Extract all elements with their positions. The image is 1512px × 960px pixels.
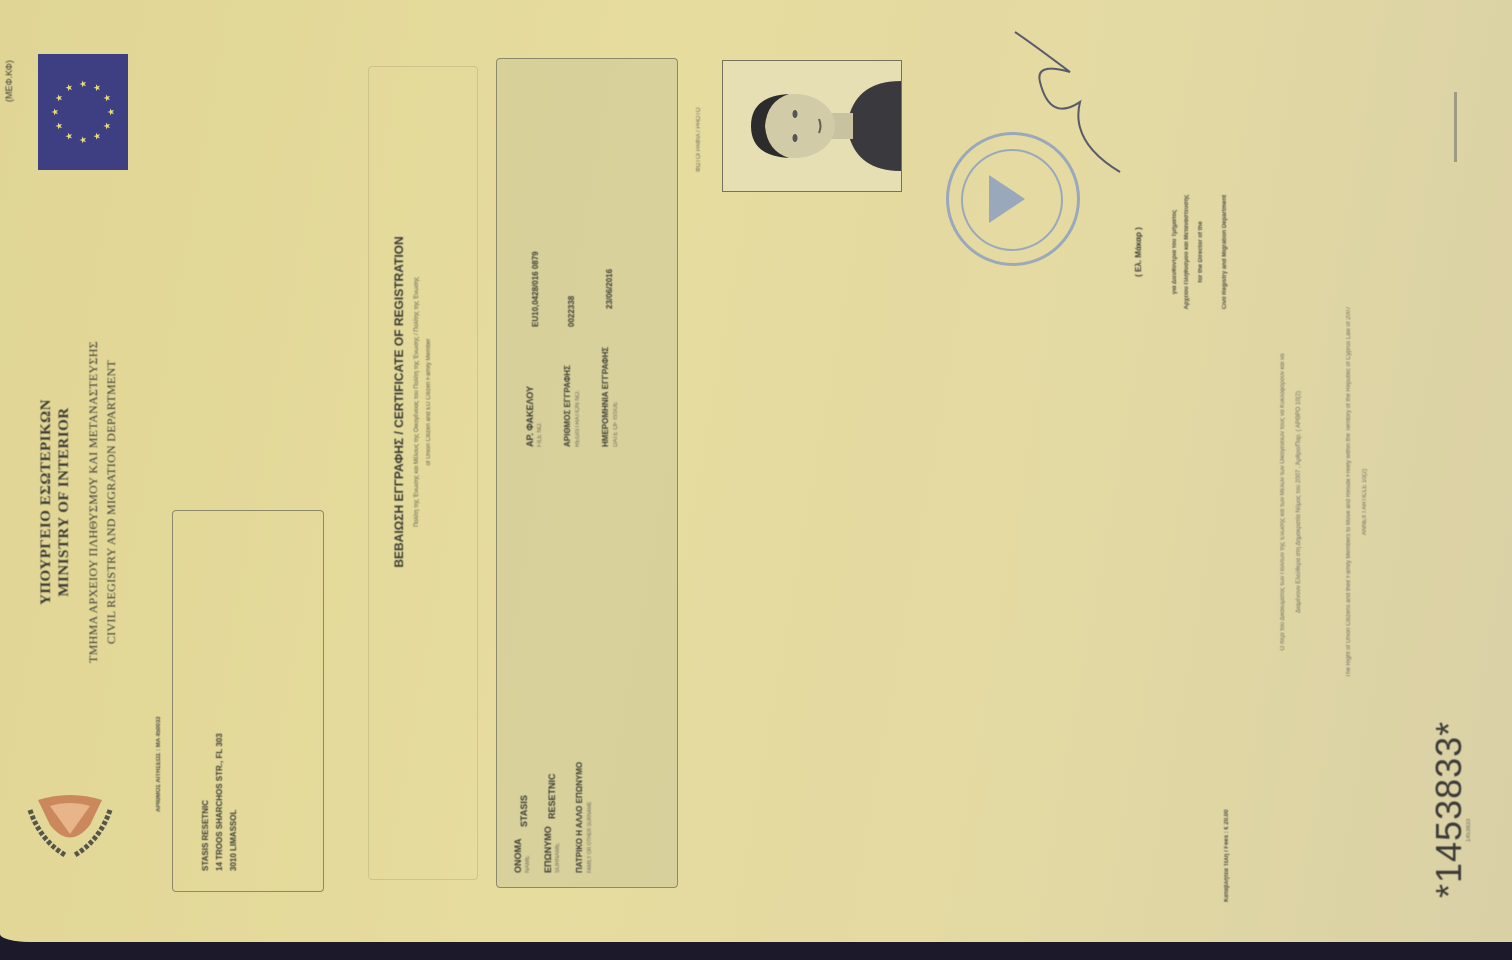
photo-label: ΦΩΤΟΓΡΑΦΙΑ / PHOTO	[696, 107, 702, 172]
certificate-subtitle-2: of Union Citizen and EU Citizen Family M…	[426, 132, 432, 672]
eu-flag-icon: ★★★★★★★★★★★★	[38, 54, 128, 170]
eu-star-icon: ★	[79, 136, 88, 144]
address-line-2: 14 TROOS SHARCHOS STR., FL 303	[215, 733, 224, 871]
department-en: CIVIL REGISTRY AND MIGRATION DEPARTMENT	[104, 222, 119, 782]
fee-text: Καταβλητέα Τέλη / Fees : € 20.00	[1224, 810, 1230, 902]
issue-date-value: 23/06/2016	[605, 269, 614, 309]
corner-mark	[1454, 92, 1457, 162]
serial-subnumber: 1453833	[1466, 819, 1472, 842]
eu-star-icon: ★	[93, 84, 102, 92]
eu-star-icon: ★	[93, 132, 102, 140]
signature-line-4: Civil Registry and Migration Department	[1222, 152, 1228, 352]
eu-star-icon: ★	[55, 94, 64, 102]
name-value: STASIS	[519, 795, 529, 827]
surname-label-en: SURNAME	[555, 843, 561, 873]
holder-photo	[722, 60, 902, 192]
father-name-label: ΠΑΤΡΙΚΟ Η ΑΛΛΟ ΕΠΩΝΥΜΟ	[575, 762, 584, 873]
eu-star-icon: ★	[65, 84, 74, 92]
issue-date-label-en: DATE OF ISSUE	[613, 402, 619, 447]
serial-number: *1453833*	[1428, 721, 1470, 898]
name-label-en: NAME	[525, 856, 531, 873]
file-no-label-en: FILE NO.	[537, 422, 543, 447]
eu-star-icon: ★	[55, 122, 64, 130]
ministry-en: MINISTRY OF INTERIOR	[56, 242, 73, 762]
address-line-1: STASIS RESETNIC	[201, 800, 210, 871]
signatory-name: ( Ελ. Μάκαρ )	[1134, 152, 1143, 352]
certificate-title: ΒΕΒΑΙΩΣΗ ΕΓΓΡΑΦΗΣ / CERTIFICATE OF REGIS…	[392, 132, 406, 672]
portrait-icon	[723, 61, 901, 191]
file-no-value: EU10,0428/016 0879	[531, 251, 540, 327]
registration-no-value: 0022338	[567, 296, 576, 327]
signature-line-2: Αρχείου Πληθυσμού και Μετανάστευσης	[1184, 152, 1190, 352]
cyprus-emblem-icon	[20, 770, 120, 870]
certificate-paper: ΥΠΟΥΡΓΕΙΟ ΕΣΩΤΕΡΙΚΩΝ MINISTRY OF INTERIO…	[0, 0, 1512, 942]
ministry-gr: ΥΠΟΥΡΓΕΙΟ ΕΣΩΤΕΡΙΚΩΝ	[38, 242, 55, 762]
file-no-label: ΑΡ. ΦΑΚΕΛΟΥ	[525, 386, 535, 447]
department-gr: ΤΜΗΜΑ ΑΡΧΕΙΟΥ ΠΛΗΘΥΣΜΟΥ ΚΑΙ ΜΕΤΑΝΑΣΤΕΥΣΗ…	[86, 222, 101, 782]
eu-star-icon: ★	[79, 80, 88, 88]
registration-no-label-en: REGISTRATION NO.	[575, 390, 581, 447]
application-reference: ΑΡΙΘΜΟΣ ΑΙΤΗΣΕΩΣ : MA 450033	[156, 716, 162, 812]
rotated-certificate: ΥΠΟΥΡΓΕΙΟ ΕΣΩΤΕΡΙΚΩΝ MINISTRY OF INTERIO…	[0, 0, 1512, 942]
certificate-subtitle-1: Πολίτη της Ένωσης και Μέλους της Οικογέν…	[414, 132, 420, 672]
corner-code: (ΜΕΦ.ΚΦ)	[4, 60, 14, 102]
surname-value: RESETNIC	[547, 773, 557, 819]
address-box: STASIS RESETNIC 14 TROOS SHARCHOS STR., …	[172, 510, 324, 892]
signature-line-1: για Διευθύντρια του Τμήματος	[1172, 152, 1178, 352]
eu-star-icon: ★	[103, 94, 112, 102]
issue-date-label: ΗΜΕΡΟΜΗΝΙΑ ΕΓΓΡΑΦΗΣ	[601, 347, 610, 447]
eu-star-icon: ★	[107, 108, 116, 116]
name-label: ΟΝΟΜΑ	[513, 839, 523, 874]
legal-text-gr-2: Διαμένουν Ελεύθερα στη Δημοκρατία Νόμος …	[1296, 142, 1302, 862]
registration-no-label: ΑΡΙΘΜΟΣ ΕΓΓΡΑΦΗΣ	[563, 365, 572, 447]
signature-icon	[1010, 12, 1130, 182]
legal-text-gr-1: Ο περί του Δικαιώματος των Πολιτών της Έ…	[1280, 142, 1286, 862]
eu-star-icon: ★	[51, 108, 60, 116]
legal-text-en-1: The Right of Union Citizens and their Fa…	[1346, 82, 1352, 902]
empty-panel	[368, 66, 478, 880]
eu-star-icon: ★	[65, 132, 74, 140]
father-name-label-en: FAMILY OR OTHER SURNAME	[587, 802, 593, 874]
personal-details-panel: ΟΝΟΜΑ NAME STASIS ΕΠΩΝΥΜΟ SURNAME RESETN…	[496, 58, 678, 888]
surname-label: ΕΠΩΝΥΜΟ	[543, 826, 553, 873]
legal-text-en-2: ANNEX I ARTICLE 10(2)	[1362, 142, 1368, 862]
address-line-3: 3010 LIMASSOL	[229, 810, 238, 871]
eu-star-icon: ★	[103, 122, 112, 130]
signature-line-3: for the Director of the	[1198, 152, 1204, 352]
